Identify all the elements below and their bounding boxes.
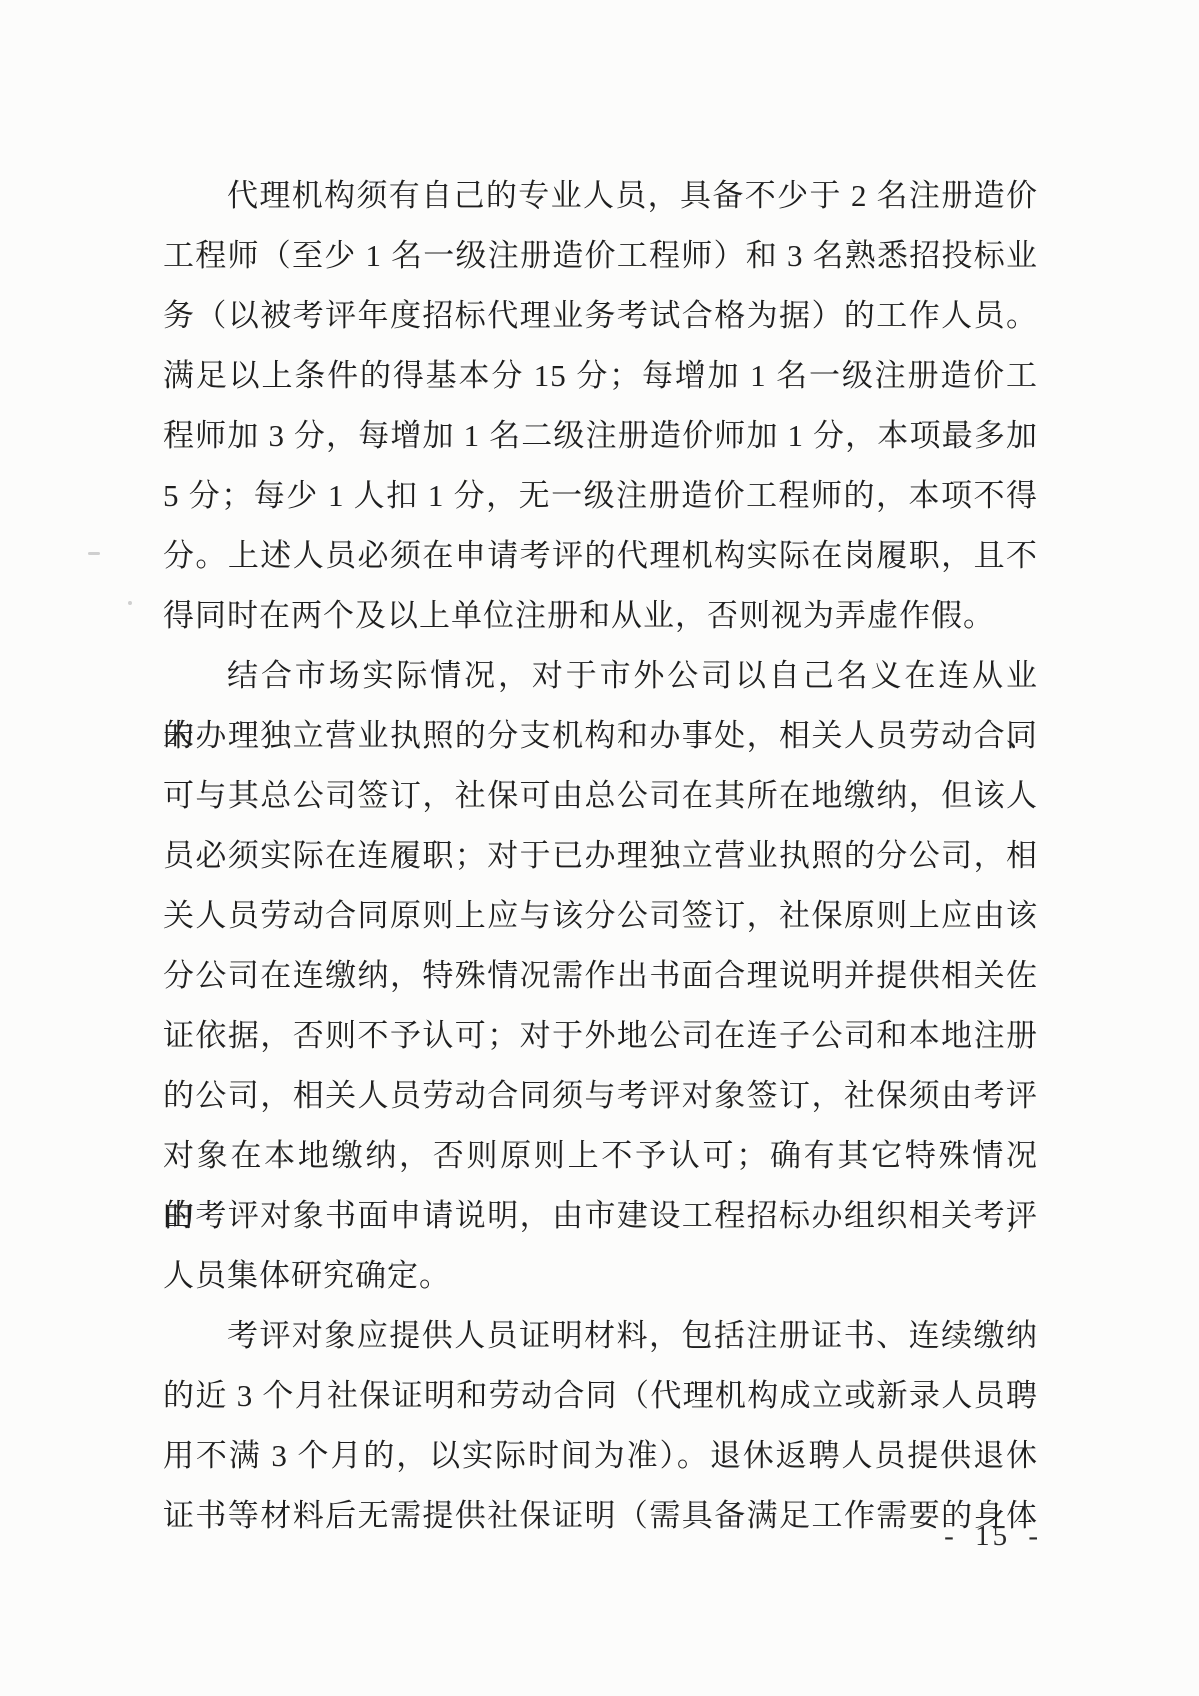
text-line: 分。上述人员必须在申请考评的代理机构实际在岗履职，且不 [163, 526, 1038, 586]
document-page: 代理机构须有自己的专业人员，具备不少于 2 名注册造价 工程师（至少 1 名一级… [0, 0, 1199, 1696]
body-text: 代理机构须有自己的专业人员，具备不少于 2 名注册造价 工程师（至少 1 名一级… [163, 166, 1038, 1546]
text-line: 员必须实际在连履职；对于已办理独立营业执照的分公司，相 [163, 826, 1038, 886]
text-line: 由考评对象书面申请说明，由市建设工程招标办组织相关考评 [163, 1186, 1038, 1246]
text-line: 的公司，相关人员劳动合同须与考评对象签订，社保须由考评 [163, 1066, 1038, 1126]
text-line: 5 分；每少 1 人扣 1 分，无一级注册造价工程师的，本项不得 [163, 466, 1038, 526]
text-line: 对象在本地缴纳，否则原则上不予认可；确有其它特殊情况的， [163, 1126, 1038, 1186]
scan-artifact [128, 601, 132, 605]
text-line: 代理机构须有自己的专业人员，具备不少于 2 名注册造价 [163, 166, 1038, 226]
text-line: 证书等材料后无需提供社保证明（需具备满足工作需要的身体 [163, 1486, 1038, 1546]
text-line: 程师加 3 分，每增加 1 名二级注册造价师加 1 分，本项最多加 [163, 406, 1038, 466]
text-line: 关人员劳动合同原则上应与该分公司签订，社保原则上应由该 [163, 886, 1038, 946]
text-line: 证依据，否则不予认可；对于外地公司在连子公司和本地注册 [163, 1006, 1038, 1066]
text-line: 得同时在两个及以上单位注册和从业，否则视为弄虚作假。 [163, 586, 1038, 646]
text-line: 分公司在连缴纳，特殊情况需作出书面合理说明并提供相关佐 [163, 946, 1038, 1006]
text-line: 的近 3 个月社保证明和劳动合同（代理机构成立或新录人员聘 [163, 1366, 1038, 1426]
text-line: 考评对象应提供人员证明材料，包括注册证书、连续缴纳 [163, 1306, 1038, 1366]
text-line: 满足以上条件的得基本分 15 分；每增加 1 名一级注册造价工 [163, 346, 1038, 406]
text-line: 人员集体研究确定。 [163, 1246, 1038, 1306]
text-line: 务（以被考评年度招标代理业务考试合格为据）的工作人员。 [163, 286, 1038, 346]
text-line: 工程师（至少 1 名一级注册造价工程师）和 3 名熟悉招投标业 [163, 226, 1038, 286]
page-number: - 15 - [944, 1520, 1041, 1553]
scan-artifact [88, 552, 100, 555]
text-line: 可与其总公司签订，社保可由总公司在其所在地缴纳，但该人 [163, 766, 1038, 826]
text-line: 结合市场实际情况，对于市外公司以自己名义在连从业的、 [163, 646, 1038, 706]
text-line: 用不满 3 个月的，以实际时间为准）。退休返聘人员提供退休 [163, 1426, 1038, 1486]
text-line: 未办理独立营业执照的分支机构和办事处，相关人员劳动合同 [163, 706, 1038, 766]
